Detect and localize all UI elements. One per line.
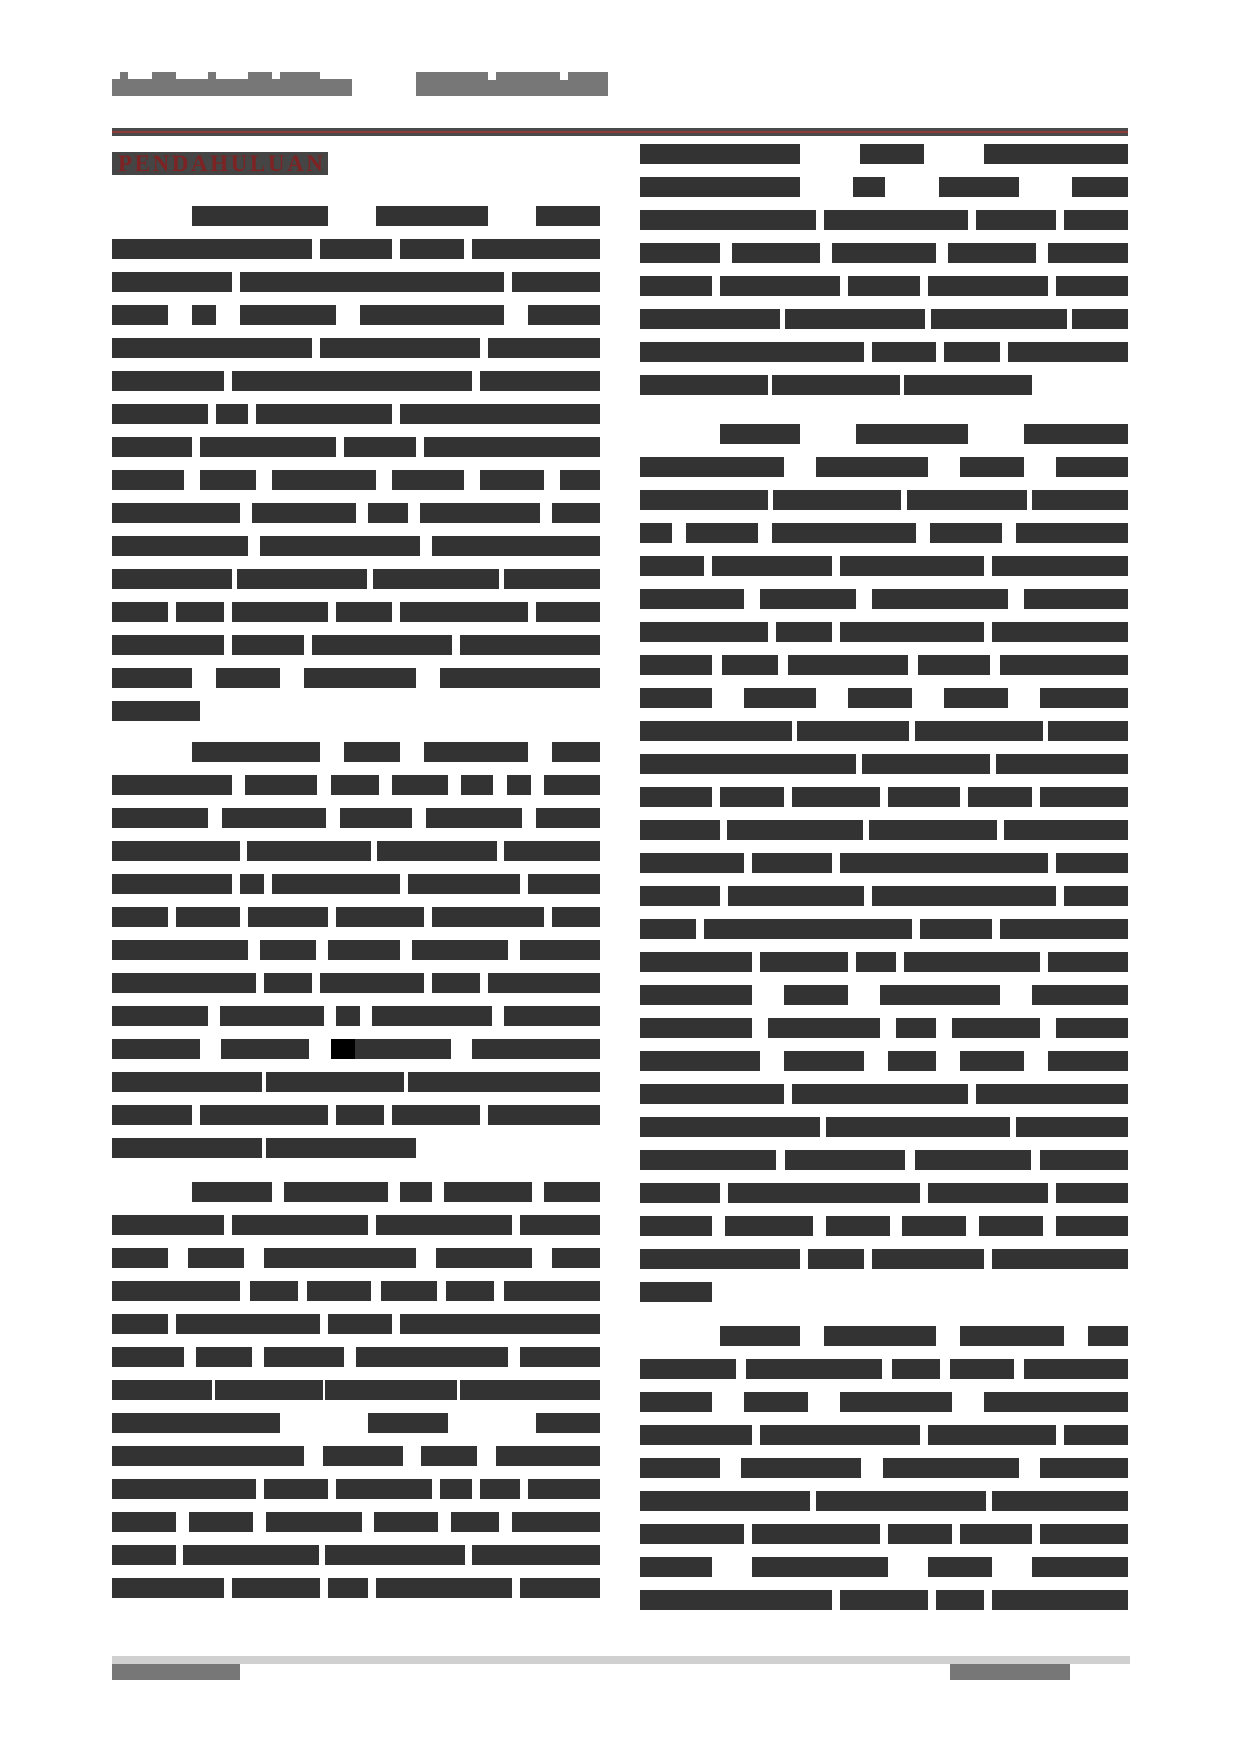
redacted-word <box>640 1458 720 1478</box>
redacted-word <box>640 342 864 362</box>
redacted-word <box>336 1105 384 1125</box>
redacted-word <box>640 886 720 906</box>
redacted-word <box>192 742 320 762</box>
redacted-word <box>368 503 408 523</box>
redacted-segment <box>355 1039 451 1059</box>
redacted-word <box>640 1491 810 1511</box>
text-line <box>640 1353 1128 1386</box>
redacted-word <box>112 1380 212 1400</box>
redacted-word <box>232 371 472 391</box>
text-line <box>640 715 1128 748</box>
text-line <box>640 1320 1128 1353</box>
text-line <box>112 662 600 695</box>
text-line <box>640 1045 1128 1078</box>
redacted-word <box>773 490 901 510</box>
redacted-word <box>640 952 752 972</box>
redacted-word <box>1040 787 1128 807</box>
redacted-word <box>504 841 600 861</box>
redacted-word <box>832 243 936 263</box>
redacted-word <box>189 1512 253 1532</box>
redacted-word <box>984 144 1128 164</box>
text-line <box>640 1551 1128 1584</box>
redacted-word <box>1064 886 1128 906</box>
redacted-word <box>252 503 356 523</box>
redacted-word <box>112 602 168 622</box>
text-line <box>640 1078 1128 1111</box>
text-line <box>112 695 600 728</box>
redacted-word <box>888 787 960 807</box>
redacted-word <box>918 655 990 675</box>
redacted-word <box>344 437 416 457</box>
redacted-word <box>232 602 328 622</box>
redacted-word <box>915 1150 1031 1170</box>
redacted-word <box>536 206 600 226</box>
redacted-word <box>408 874 520 894</box>
redacted-word <box>960 1524 1032 1544</box>
text-line <box>112 1132 600 1165</box>
redacted-word <box>331 775 379 795</box>
redacted-word <box>336 602 392 622</box>
redacted-word <box>952 1018 1040 1038</box>
redacted-word <box>176 907 240 927</box>
redacted-word <box>192 305 216 325</box>
text-line <box>112 563 600 596</box>
text-line <box>112 629 600 662</box>
redacted-word <box>112 1413 280 1433</box>
redacted-word <box>826 1117 1010 1137</box>
redacted-word <box>640 1084 784 1104</box>
redacted-word <box>892 1359 940 1379</box>
text-line <box>640 847 1128 880</box>
redacted-word <box>840 1392 952 1412</box>
redacted-word <box>356 1347 508 1367</box>
redacted-word <box>446 1281 494 1301</box>
redacted-word <box>112 1545 176 1565</box>
footer-page-info <box>950 1664 1070 1680</box>
redacted-word <box>808 1249 864 1269</box>
redacted-word <box>512 272 600 292</box>
redacted-word <box>840 853 1048 873</box>
redacted-word <box>896 1018 936 1038</box>
text-line <box>640 336 1128 369</box>
redacted-word <box>904 952 1040 972</box>
redacted-word <box>507 775 531 795</box>
text-line <box>112 1066 600 1099</box>
redacted-word <box>250 1281 298 1301</box>
text-line <box>640 649 1128 682</box>
text-line <box>112 835 600 868</box>
redacted-word <box>640 1117 820 1137</box>
text-line <box>112 1440 600 1473</box>
redacted-word <box>472 239 600 259</box>
redacted-word <box>1072 309 1128 329</box>
redacted-word <box>888 1524 952 1544</box>
text-line <box>112 901 600 934</box>
redacted-word <box>426 808 522 828</box>
redacted-word <box>640 375 768 395</box>
redacted-word <box>400 404 600 424</box>
redacted-word <box>200 470 256 490</box>
redacted-word <box>936 1590 984 1610</box>
text-line <box>640 1485 1128 1518</box>
redacted-word <box>256 404 392 424</box>
redacted-word <box>772 523 916 543</box>
redacted-word <box>1016 523 1128 543</box>
redacted-word <box>536 602 600 622</box>
redacted-word <box>216 668 280 688</box>
text-line <box>640 616 1128 649</box>
redacted-word <box>488 1105 600 1125</box>
redacted-word <box>725 1216 813 1236</box>
text-line <box>640 171 1128 204</box>
redacted-word <box>112 775 232 795</box>
redacted-word <box>392 1105 480 1125</box>
redacted-word <box>1024 589 1128 609</box>
redacted-word <box>640 622 768 642</box>
redacted-word <box>1004 820 1128 840</box>
text-line <box>112 1275 600 1308</box>
redacted-word <box>856 424 968 444</box>
redacted-word <box>176 1314 320 1334</box>
redacted-word <box>960 457 1024 477</box>
redacted-word <box>374 1512 438 1532</box>
redacted-word <box>824 210 968 230</box>
redacted-word <box>381 1281 437 1301</box>
redacted-word <box>640 309 780 329</box>
redacted-word <box>512 1512 600 1532</box>
text-line <box>112 596 600 629</box>
redacted-word <box>376 206 488 226</box>
redacted-word <box>240 272 504 292</box>
redacted-word <box>860 144 924 164</box>
redacted-word <box>307 1281 371 1301</box>
redacted-word <box>1056 1216 1128 1236</box>
redacted-word <box>640 1392 712 1412</box>
redacted-word <box>373 569 499 589</box>
redacted-word <box>888 1051 936 1071</box>
redacted-word <box>752 1524 880 1544</box>
redacted-word <box>112 239 312 259</box>
redacted-word <box>744 688 816 708</box>
text-line <box>640 1452 1128 1485</box>
redacted-word <box>640 1282 712 1302</box>
text-line <box>640 583 1128 616</box>
redacted-word <box>360 305 504 325</box>
redacted-word <box>976 210 1056 230</box>
redacted-word <box>816 1491 986 1511</box>
redacted-word <box>112 536 248 556</box>
redacted-word <box>640 688 712 708</box>
redacted-word <box>824 1326 936 1346</box>
text-line <box>112 299 600 332</box>
redacted-word <box>686 523 758 543</box>
redacted-word <box>992 556 1128 576</box>
redacted-word <box>528 305 600 325</box>
redacted-word <box>1024 424 1128 444</box>
redacted-word <box>480 470 544 490</box>
redacted-word <box>215 1380 323 1400</box>
redacted-word <box>792 787 880 807</box>
text-line <box>112 1176 600 1209</box>
redacted-word <box>785 309 925 329</box>
text-column-left <box>112 0 600 1754</box>
redacted-word <box>112 1072 262 1092</box>
redacted-word <box>200 1105 328 1125</box>
redacted-word <box>928 1557 992 1577</box>
footer-left-info <box>112 1664 240 1680</box>
redacted-word <box>1032 1557 1128 1577</box>
redacted-word <box>216 404 248 424</box>
redacted-word <box>704 919 912 939</box>
redacted-word <box>1064 210 1128 230</box>
redacted-word <box>840 622 984 642</box>
redacted-word <box>1008 342 1128 362</box>
text-line <box>112 1308 600 1341</box>
redacted-word <box>784 985 848 1005</box>
redacted-word <box>944 342 1000 362</box>
text-line <box>640 204 1128 237</box>
redacted-word <box>784 1051 864 1071</box>
redacted-word <box>1048 243 1128 263</box>
redacted-word <box>840 556 984 576</box>
text-line <box>640 1210 1128 1243</box>
redacted-word <box>907 490 1027 510</box>
redacted-word <box>1024 1359 1128 1379</box>
redacted-word <box>640 754 856 774</box>
text-line <box>640 1243 1128 1276</box>
redacted-word <box>112 973 256 993</box>
redacted-word <box>1056 457 1128 477</box>
redacted-word <box>728 886 864 906</box>
redacted-word <box>872 1249 984 1269</box>
redacted-word <box>328 1314 392 1334</box>
redacted-word <box>328 1578 368 1598</box>
text-line <box>112 464 600 497</box>
redacted-word <box>480 1479 520 1499</box>
redacted-word <box>432 907 544 927</box>
redacted-word <box>112 305 168 325</box>
text-line <box>640 880 1128 913</box>
redacted-word <box>792 1084 968 1104</box>
redacted-word <box>245 775 317 795</box>
redacted-word <box>816 457 928 477</box>
text-line <box>640 270 1128 303</box>
redacted-word <box>232 1578 320 1598</box>
redacted-word <box>421 1446 477 1466</box>
text-line <box>112 1572 600 1605</box>
redacted-word <box>1000 919 1128 939</box>
redacted-word <box>848 688 912 708</box>
redacted-word <box>451 1512 499 1532</box>
redacted-word <box>732 243 820 263</box>
redacted-word <box>460 1380 600 1400</box>
text-line <box>640 237 1128 270</box>
redacted-word <box>112 1578 224 1598</box>
redacted-word <box>640 1590 832 1610</box>
redacted-word <box>325 1545 465 1565</box>
redacted-word <box>992 1249 1128 1269</box>
redacted-word <box>536 808 600 828</box>
text-line <box>112 365 600 398</box>
redacted-word <box>112 1039 200 1059</box>
redacted-word <box>640 457 784 477</box>
redacted-word <box>176 602 224 622</box>
redacted-word <box>264 1479 328 1499</box>
text-line <box>112 1407 600 1440</box>
redacted-word <box>112 1512 176 1532</box>
text-line <box>112 736 600 769</box>
redacted-word <box>552 1248 600 1268</box>
redacted-word <box>772 375 900 395</box>
redacted-word <box>444 1182 532 1202</box>
redacted-word <box>640 655 712 675</box>
redacted-word <box>872 589 1008 609</box>
redacted-word <box>996 754 1128 774</box>
redacted-word <box>776 622 832 642</box>
redacted-word <box>640 1183 720 1203</box>
paragraph <box>112 200 600 728</box>
paragraph <box>640 138 1128 402</box>
redacted-word <box>560 470 600 490</box>
redacted-word <box>880 985 1000 1005</box>
text-line <box>640 484 1128 517</box>
redacted-word <box>1064 1425 1128 1445</box>
redacted-word <box>400 239 464 259</box>
redacted-word <box>544 775 600 795</box>
redacted-word <box>472 1039 600 1059</box>
redacted-word <box>862 754 990 774</box>
redacted-word <box>340 808 412 828</box>
redacted-word <box>722 655 778 675</box>
redacted-word <box>272 874 400 894</box>
redacted-word <box>552 907 600 927</box>
redacted-word <box>112 668 192 688</box>
redacted-word <box>712 556 832 576</box>
redacted-word <box>392 470 464 490</box>
redacted-word <box>640 210 816 230</box>
redacted-word <box>1040 1524 1128 1544</box>
redacted-word <box>640 721 792 741</box>
redacted-word <box>640 1249 800 1269</box>
redacted-word <box>640 919 696 939</box>
redacted-word <box>528 874 600 894</box>
redacted-word <box>640 1051 760 1071</box>
redacted-word <box>432 536 600 556</box>
redacted-word <box>752 853 832 873</box>
text-line <box>640 913 1128 946</box>
redacted-word <box>904 375 1032 395</box>
text-line <box>640 1584 1128 1617</box>
text-column-right <box>640 0 1128 1754</box>
redacted-word <box>728 1183 920 1203</box>
redacted-word <box>200 437 336 457</box>
redacted-word <box>744 1392 808 1412</box>
text-line <box>112 1341 600 1374</box>
text-line <box>112 1506 600 1539</box>
redacted-word <box>504 1006 600 1026</box>
redacted-word <box>785 1150 905 1170</box>
redacted-word <box>1072 177 1128 197</box>
redacted-word <box>323 1446 403 1466</box>
redacted-word <box>331 1039 451 1059</box>
redacted-word <box>552 503 600 523</box>
redacted-word <box>760 1425 920 1445</box>
redacted-word <box>640 1359 736 1379</box>
text-line <box>640 1144 1128 1177</box>
redacted-word <box>752 1557 888 1577</box>
page: PENDAHULUAN <box>0 0 1240 1754</box>
text-line <box>640 517 1128 550</box>
redacted-word <box>112 437 192 457</box>
redacted-word <box>853 177 885 197</box>
redacted-word <box>112 503 240 523</box>
redacted-word <box>472 1545 600 1565</box>
redacted-word <box>746 1359 882 1379</box>
redacted-word <box>112 569 232 589</box>
redacted-word <box>968 787 1032 807</box>
redacted-word <box>788 655 908 675</box>
redacted-word <box>992 622 1128 642</box>
redacted-word <box>264 1248 416 1268</box>
redacted-word <box>915 721 1043 741</box>
text-line <box>640 369 1128 402</box>
redacted-word <box>400 1314 600 1334</box>
text-line <box>112 530 600 563</box>
redacted-word <box>544 1182 600 1202</box>
text-line <box>112 1473 600 1506</box>
redacted-word <box>1040 688 1128 708</box>
redacted-word <box>112 874 232 894</box>
text-line <box>640 979 1128 1012</box>
redacted-word <box>640 243 720 263</box>
redacted-word <box>741 1458 861 1478</box>
redacted-word <box>266 1138 416 1158</box>
paragraph <box>640 418 1128 1309</box>
redacted-word <box>640 1425 752 1445</box>
redacted-word <box>408 1072 600 1092</box>
redacted-word <box>247 841 371 861</box>
redacted-word <box>727 820 863 840</box>
text-line <box>112 967 600 1000</box>
redacted-word <box>112 1105 192 1125</box>
text-line <box>112 398 600 431</box>
redacted-word <box>264 1347 344 1367</box>
redacted-word <box>640 276 712 296</box>
redacted-word <box>325 1380 457 1400</box>
redacted-word <box>112 808 208 828</box>
redacted-word <box>640 853 744 873</box>
redacted-word <box>112 1215 224 1235</box>
text-line <box>112 1099 600 1132</box>
paragraph <box>112 736 600 1165</box>
redacted-word <box>284 1182 388 1202</box>
redacted-word <box>192 206 328 226</box>
text-line <box>640 748 1128 781</box>
redacted-word <box>883 1458 1019 1478</box>
redacted-word <box>420 503 540 523</box>
text-line <box>640 814 1128 847</box>
redacted-word <box>869 820 997 840</box>
text-line <box>112 233 600 266</box>
redacted-word <box>376 1215 512 1235</box>
redacted-word <box>328 940 400 960</box>
redacted-word <box>436 1248 532 1268</box>
redacted-word <box>336 1479 432 1499</box>
redacted-word <box>400 602 528 622</box>
redacted-word <box>336 907 424 927</box>
redacted-word <box>640 985 752 1005</box>
redacted-word <box>1088 1326 1128 1346</box>
